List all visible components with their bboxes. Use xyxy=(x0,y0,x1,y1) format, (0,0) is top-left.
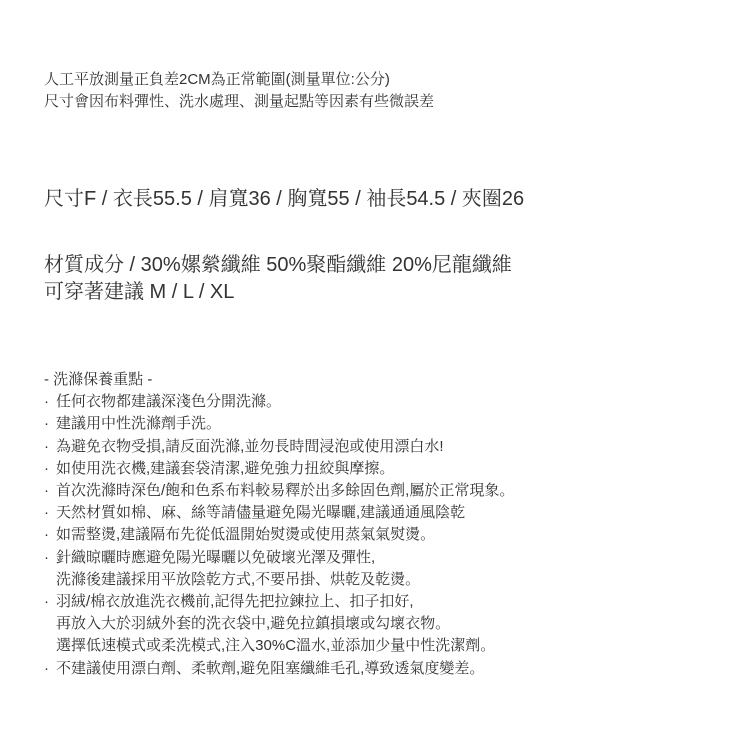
bullet-dot: · xyxy=(44,658,56,680)
care-line: ·不建議使用漂白劑、柔軟劑,避免阻塞纖維毛孔,導致透氣度變差。 xyxy=(44,658,514,680)
care-line: ·針織晾曬時應避免陽光曝曬以免破壞光澤及彈性, xyxy=(44,547,514,569)
measurement-note: 人工平放測量正負差2CM為正常範圍(測量單位:公分) 尺寸會因布料彈性、洗水處理… xyxy=(44,69,434,113)
bullet-dot: · xyxy=(44,591,56,613)
care-line: ·為避免衣物受損,請反面洗滌,並勿長時間浸泡或使用漂白水! xyxy=(44,436,514,458)
care-line-continuation: 選擇低速模式或柔洗模式,注入30%C溫水,並添加少量中性洗潔劑。 xyxy=(44,635,514,657)
bullet-dot: · xyxy=(44,458,56,480)
care-line-text: 如需整燙,建議隔布先從低溫開始熨燙或使用蒸氣氣熨燙。 xyxy=(56,526,435,543)
care-line-text: 不建議使用漂白劑、柔軟劑,避免阻塞纖維毛孔,導致透氣度變差。 xyxy=(56,660,484,677)
measurement-tolerance-line: 人工平放測量正負差2CM為正常範圍(測量單位:公分) xyxy=(44,69,434,91)
care-line-text: 再放入大於羽絨外套的洗衣袋中,避免拉鎮損壞或勾壞衣物。 xyxy=(56,615,450,632)
product-info-page: 人工平放測量正負差2CM為正常範圍(測量單位:公分) 尺寸會因布料彈性、洗水處理… xyxy=(0,0,750,750)
care-line-text: 如使用洗衣機,建議套袋清潔,避免強力扭絞與摩擦。 xyxy=(56,460,394,477)
care-line-continuation: 洗滌後建議採用平放陰乾方式,不要吊掛、烘乾及乾燙。 xyxy=(44,569,514,591)
material-info: 材質成分 / 30%嫘縈纖維 50%聚酯纖維 20%尼龍纖維 可穿著建議 M /… xyxy=(44,252,512,306)
care-line: ·天然材質如棉、麻、絲等請儘量避免陽光曝曬,建議通通風陰乾 xyxy=(44,502,514,524)
care-line: ·如使用洗衣機,建議套袋清潔,避免強力扭絞與摩擦。 xyxy=(44,458,514,480)
material-composition-line: 材質成分 / 30%嫘縈纖維 50%聚酯纖維 20%尼龍纖維 xyxy=(44,252,512,279)
bullet-dot: · xyxy=(44,413,56,435)
care-line: ·任何衣物都建議深淺色分開洗滌。 xyxy=(44,391,514,413)
care-line: ·羽絨/棉衣放進洗衣機前,記得先把拉鍊拉上、扣子扣好, xyxy=(44,591,514,613)
care-line-text: 為避免衣物受損,請反面洗滌,並勿長時間浸泡或使用漂白水! xyxy=(56,438,444,455)
bullet-dot: · xyxy=(44,436,56,458)
care-line-text: 選擇低速模式或柔洗模式,注入30%C溫水,並添加少量中性洗潔劑。 xyxy=(56,637,495,654)
care-title: - 洗滌保養重點 - xyxy=(44,369,514,391)
measurement-deviation-line: 尺寸會因布料彈性、洗水處理、測量起點等因素有些微誤差 xyxy=(44,91,434,113)
care-instructions: - 洗滌保養重點 - ·任何衣物都建議深淺色分開洗滌。 ·建議用中性洗滌劑手洗。… xyxy=(44,369,514,680)
bullet-dot: · xyxy=(44,502,56,524)
care-line-text: 洗滌後建議採用平放陰乾方式,不要吊掛、烘乾及乾燙。 xyxy=(56,571,420,588)
bullet-dot: · xyxy=(44,524,56,546)
bullet-dot: · xyxy=(44,391,56,413)
care-line: ·首次洗滌時深色/飽和色系布料較易釋於出多餘固色劑,屬於正常現象。 xyxy=(44,480,514,502)
care-line-text: 任何衣物都建議深淺色分開洗滌。 xyxy=(56,393,281,410)
care-line-text: 首次洗滌時深色/飽和色系布料較易釋於出多餘固色劑,屬於正常現象。 xyxy=(56,482,514,499)
care-line-text: 羽絨/棉衣放進洗衣機前,記得先把拉鍊拉上、扣子扣好, xyxy=(56,593,414,610)
bullet-dot: · xyxy=(44,547,56,569)
care-line-text: 針織晾曬時應避免陽光曝曬以免破壞光澤及彈性, xyxy=(56,549,375,566)
size-spec-line: 尺寸F / 衣長55.5 / 肩寬36 / 胸寬55 / 袖長54.5 / 夾圈… xyxy=(44,186,524,212)
bullet-dot: · xyxy=(44,480,56,502)
wear-suggestion-line: 可穿著建議 M / L / XL xyxy=(44,279,512,306)
care-line: ·如需整燙,建議隔布先從低溫開始熨燙或使用蒸氣氣熨燙。 xyxy=(44,524,514,546)
care-line-continuation: 再放入大於羽絨外套的洗衣袋中,避免拉鎮損壞或勾壞衣物。 xyxy=(44,613,514,635)
care-line-text: 建議用中性洗滌劑手洗。 xyxy=(56,415,221,432)
care-line-text: 天然材質如棉、麻、絲等請儘量避免陽光曝曬,建議通通風陰乾 xyxy=(56,504,465,521)
care-line: ·建議用中性洗滌劑手洗。 xyxy=(44,413,514,435)
